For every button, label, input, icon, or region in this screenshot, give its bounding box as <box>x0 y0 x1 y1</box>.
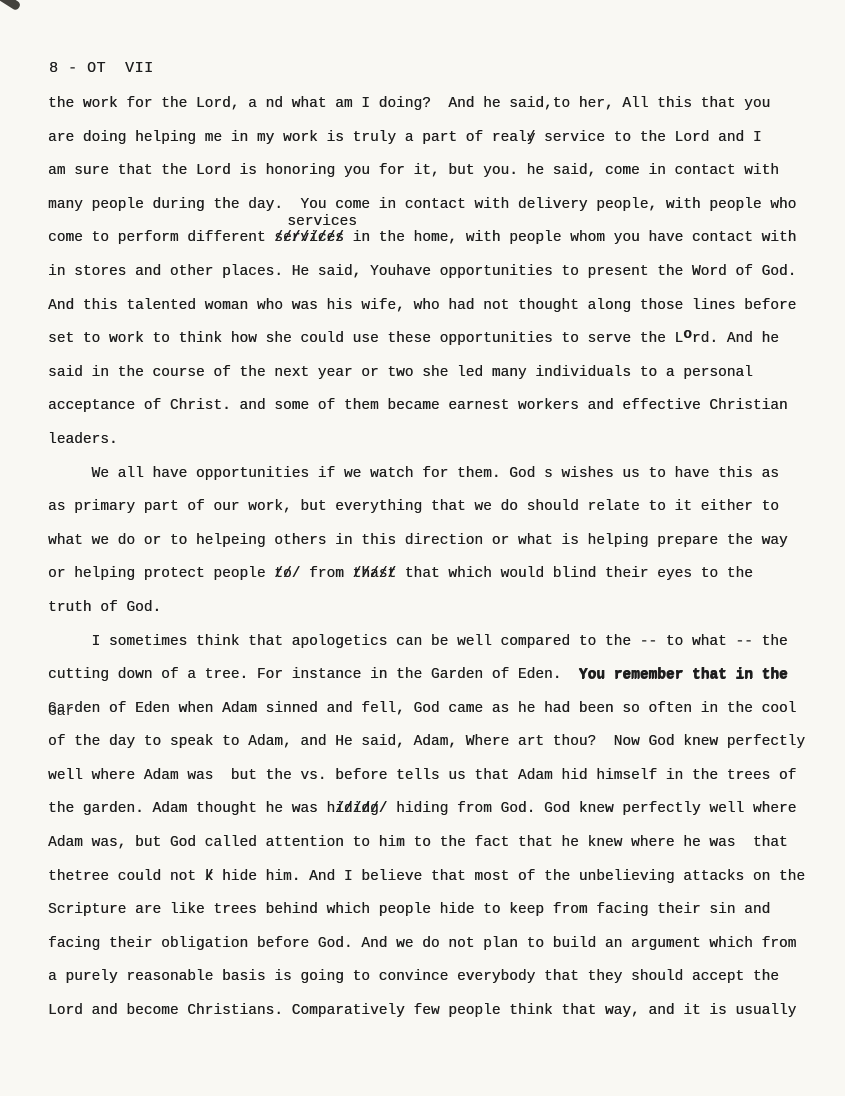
body-text: We all have opportunities if we watch fo… <box>48 466 779 482</box>
body-text: hide him. And I believe that most of the… <box>213 869 805 885</box>
body-text: thetree could not <box>48 869 205 885</box>
text-line: cutting down of a tree. For instance in … <box>48 659 815 693</box>
text-line: We all have opportunities if we watch fo… <box>48 458 815 492</box>
body-text: in the home, with people whom you have c… <box>344 230 796 246</box>
scan-artifact-mark <box>0 0 21 11</box>
text-line: facing their obligation before God. And … <box>48 928 815 962</box>
body-text: facing their obligation before God. And … <box>48 936 796 952</box>
text-line: thetree could not k hide him. And I beli… <box>48 861 815 895</box>
text-line: Adam was, but God called attention to hi… <box>48 827 815 861</box>
body-text: Scripture are like trees behind which pe… <box>48 902 770 918</box>
body-text: well where Adam was but the vs. before t… <box>48 768 796 784</box>
body-text: And this talented woman who was his wife… <box>48 298 796 314</box>
body-text: are doing helping me in my work is truly… <box>48 130 527 146</box>
text-line: truth of God. <box>48 592 815 626</box>
body-text: Lord and become Christians. Comparativel… <box>48 1003 796 1019</box>
body-text: set to work to think how she could use t… <box>48 331 683 347</box>
text-line: acceptance of Christ. and some of them b… <box>48 390 815 424</box>
raised-text: o <box>683 327 692 343</box>
text-line: come to perform different servicesservic… <box>48 222 815 256</box>
scanned-typewritten-page: 8 - OT VII the work for the Lord, a nd w… <box>0 0 845 1096</box>
overtype-below-text: Gar <box>48 701 74 717</box>
body-text: I sometimes think that apologetics can b… <box>48 634 788 650</box>
body-text: the garden. Adam thought he was h <box>48 801 335 817</box>
text-line: Garden of Eden when Adam sinned and fell… <box>48 693 815 727</box>
body-text: a purely reasonable basis is going to co… <box>48 969 779 985</box>
body-text: am sure that the Lord is honoring you fo… <box>48 163 779 179</box>
body-text: den of Eden when Adam sinned and fell, G… <box>74 701 796 717</box>
body-text: service to the Lord and I <box>535 130 761 146</box>
struck-out-text: y <box>527 130 536 146</box>
body-text: the work for the Lord, a nd what am I do… <box>48 96 770 112</box>
page-header: 8 - OT VII <box>49 60 154 77</box>
text-line: said in the course of the next year or t… <box>48 357 815 391</box>
body-text: / from <box>292 566 353 582</box>
body-text: that which would blind their eyes to the <box>396 566 753 582</box>
text-line: set to work to think how she could use t… <box>48 323 815 357</box>
text-line: Scripture are like trees behind which pe… <box>48 894 815 928</box>
text-line: as primary part of our work, but everyth… <box>48 491 815 525</box>
text-line: the work for the Lord, a nd what am I do… <box>48 88 815 122</box>
struck-out-text: thast <box>353 566 397 582</box>
document-body: the work for the Lord, a nd what am I do… <box>48 88 815 1029</box>
body-text: come to perform different <box>48 230 274 246</box>
text-line: what we do or to helpeing others in this… <box>48 525 815 559</box>
body-text: in stores and other places. He said, You… <box>48 264 796 280</box>
body-text: rd. And he <box>692 331 779 347</box>
body-text: truth of God. <box>48 600 161 616</box>
text-line: I sometimes think that apologetics can b… <box>48 626 815 660</box>
text-line: well where Adam was but the vs. before t… <box>48 760 815 794</box>
text-line: Lord and become Christians. Comparativel… <box>48 995 815 1029</box>
text-line: or helping protect people to/ from thast… <box>48 558 815 592</box>
text-line: are doing helping me in my work is truly… <box>48 122 815 156</box>
text-line: a purely reasonable basis is going to co… <box>48 961 815 995</box>
body-text: acceptance of Christ. and some of them b… <box>48 398 788 414</box>
text-line: of the day to speak to Adam, and He said… <box>48 726 815 760</box>
struck-out-text: services <box>274 230 344 246</box>
bold-overstrike-text: You remember that in the <box>579 667 788 683</box>
text-line: leaders. <box>48 424 815 458</box>
struck-out-text: k <box>205 869 214 885</box>
struck-out-text: ididg <box>335 801 379 817</box>
body-text: what we do or to helpeing others in this… <box>48 533 788 549</box>
text-line: And this talented woman who was his wife… <box>48 290 815 324</box>
text-line: the garden. Adam thought he was hididg/ … <box>48 793 815 827</box>
body-text: many people during the day. You come in … <box>48 197 796 213</box>
struck-out-text: to <box>274 566 291 582</box>
body-text: as primary part of our work, but everyth… <box>48 499 779 515</box>
text-line: many people during the day. You come in … <box>48 189 815 223</box>
body-text: of the day to speak to Adam, and He said… <box>48 734 805 750</box>
body-text: / hiding from God. God knew perfectly we… <box>379 801 797 817</box>
body-text: cutting down of a tree. For instance in … <box>48 667 579 683</box>
text-line: in stores and other places. He said, You… <box>48 256 815 290</box>
text-line: am sure that the Lord is honoring you fo… <box>48 155 815 189</box>
body-text: leaders. <box>48 432 118 448</box>
body-text: or helping protect people <box>48 566 274 582</box>
body-text: Adam was, but God called attention to hi… <box>48 835 788 851</box>
body-text: said in the course of the next year or t… <box>48 365 753 381</box>
